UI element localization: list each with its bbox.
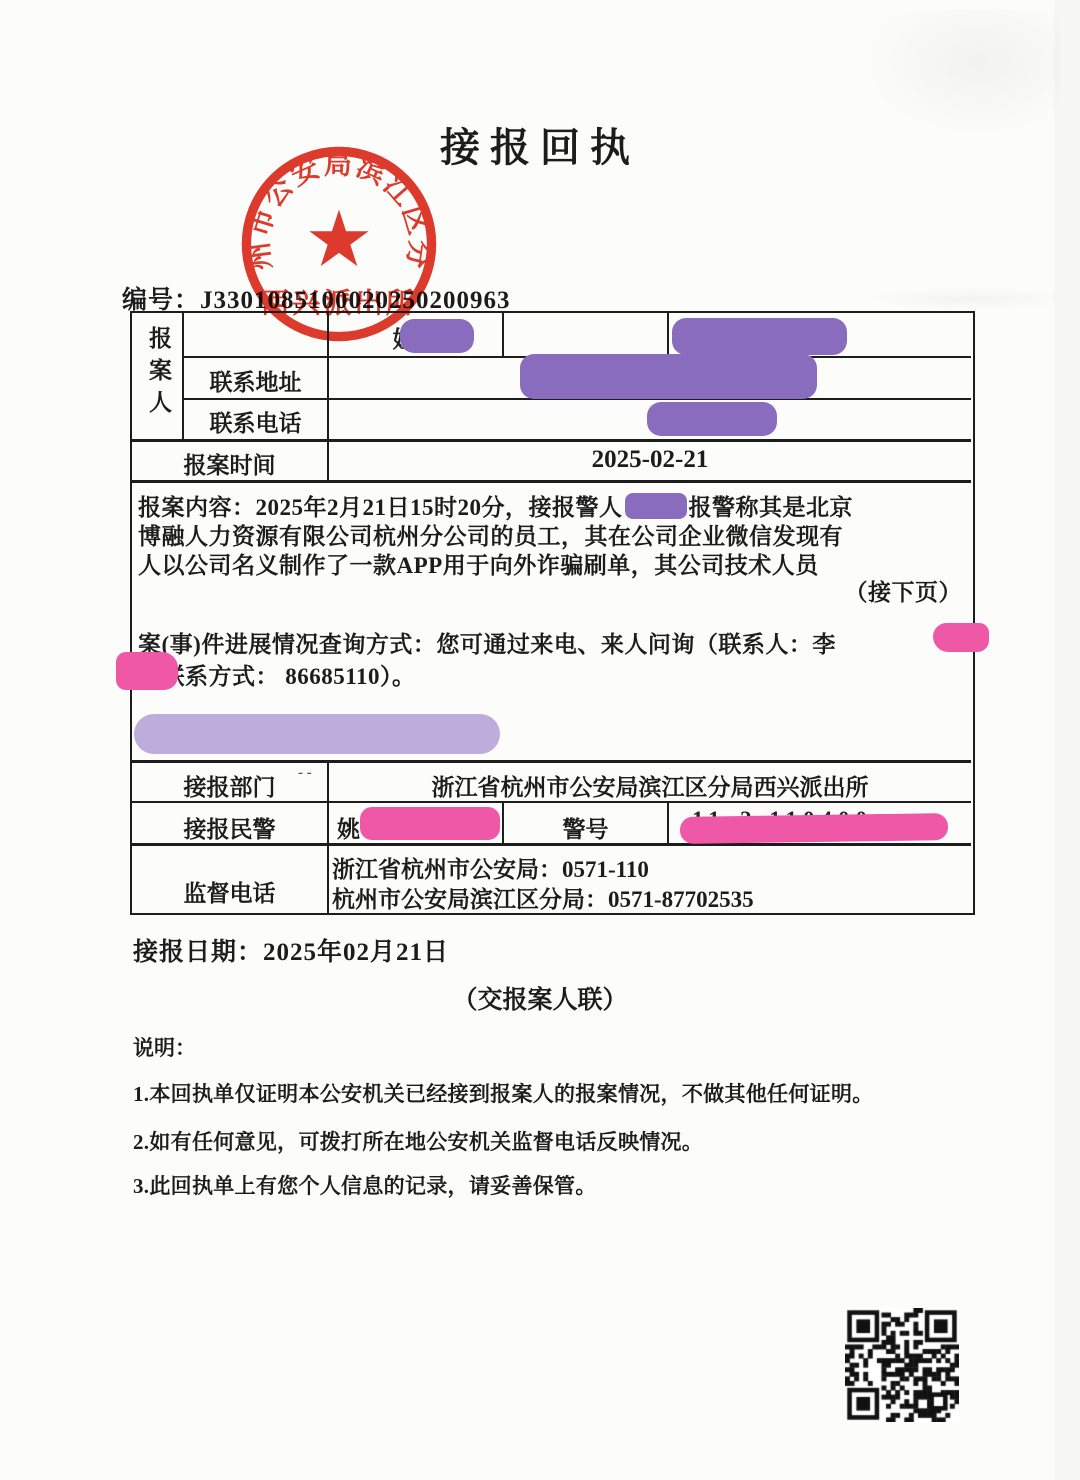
redaction-officer-name bbox=[360, 807, 500, 840]
table-line bbox=[132, 760, 971, 763]
document-title: 接报回执 bbox=[0, 116, 1080, 173]
reporter-group-label: 报案人 bbox=[142, 326, 175, 436]
redaction-badge-number bbox=[680, 813, 948, 844]
officer-surname: 姚 bbox=[337, 811, 360, 844]
serial-label: 编号： bbox=[122, 287, 200, 314]
dept-value: 浙江省杭州市公安局滨江区分局西兴派出所 bbox=[329, 769, 971, 802]
stamp-star-icon bbox=[309, 210, 368, 266]
supervision-label: 监督电话 bbox=[132, 875, 327, 908]
redaction-signature-strip bbox=[134, 714, 500, 754]
redaction-address bbox=[520, 354, 817, 399]
table-line bbox=[132, 480, 971, 483]
continued-note: （接下页） bbox=[662, 574, 962, 607]
officer-label: 接报民警 bbox=[132, 811, 327, 844]
paper-edge-shadow bbox=[1054, 0, 1080, 1480]
report-time-value: 2025-02-21 bbox=[329, 446, 971, 474]
table-line bbox=[667, 801, 669, 843]
table-line bbox=[327, 843, 329, 913]
inquiry-line1: 案(事)件进展情况查询方式：您可通过来电、来人问询（联系人：李 bbox=[138, 626, 836, 659]
stray-dashes: - - bbox=[298, 765, 312, 782]
address-label: 联系地址 bbox=[184, 364, 327, 397]
notes-title: 说明： bbox=[133, 1032, 196, 1062]
badge-label: 警号 bbox=[504, 811, 667, 844]
report-time-label: 报案时间 bbox=[132, 447, 327, 480]
note-2: 2.如有任何意见，可拨打所在地公安机关监督电话反映情况。 bbox=[133, 1126, 703, 1156]
table-line bbox=[132, 439, 971, 442]
table-line bbox=[502, 313, 504, 356]
redaction-caller-name bbox=[625, 493, 687, 519]
supervision-line2: 杭州市公安局滨江区分局：0571-87702535 bbox=[332, 881, 754, 914]
redaction-phone bbox=[647, 402, 777, 436]
paper-smudge bbox=[870, 288, 1070, 310]
badge-number-area: 11 2 110400 bbox=[692, 805, 952, 843]
redaction-name bbox=[400, 319, 474, 353]
note-1: 1.本回执单仅证明本公安机关已经接到报案人的报案情况，不做其他任何证明。 bbox=[133, 1078, 874, 1108]
redaction-contact-name-1 bbox=[933, 623, 989, 652]
redaction-contact-name-2 bbox=[116, 652, 178, 690]
supervision-line1: 浙江省杭州市公安局：0571-110 bbox=[332, 851, 649, 884]
redaction-id-number bbox=[672, 318, 847, 355]
note-3: 3.此回执单上有您个人信息的记录，请妥善保管。 bbox=[133, 1170, 597, 1200]
table-line bbox=[327, 801, 329, 843]
phone-label: 联系电话 bbox=[184, 405, 327, 438]
report-table: 报案人 姓名 身份证号码 联系地址 联系电话 报案时间 2025-02-21 报… bbox=[130, 311, 975, 915]
copy-note: （交报案人联） bbox=[0, 980, 1080, 1016]
qr-code bbox=[845, 1308, 959, 1422]
inquiry-line2: ，联系方式： 86685110）。 bbox=[138, 658, 415, 691]
receipt-date: 接报日期：2025年02月21日 bbox=[133, 932, 449, 968]
scanned-police-receipt: { "page": { "title": "接报回执", "serial_lab… bbox=[0, 0, 1080, 1480]
